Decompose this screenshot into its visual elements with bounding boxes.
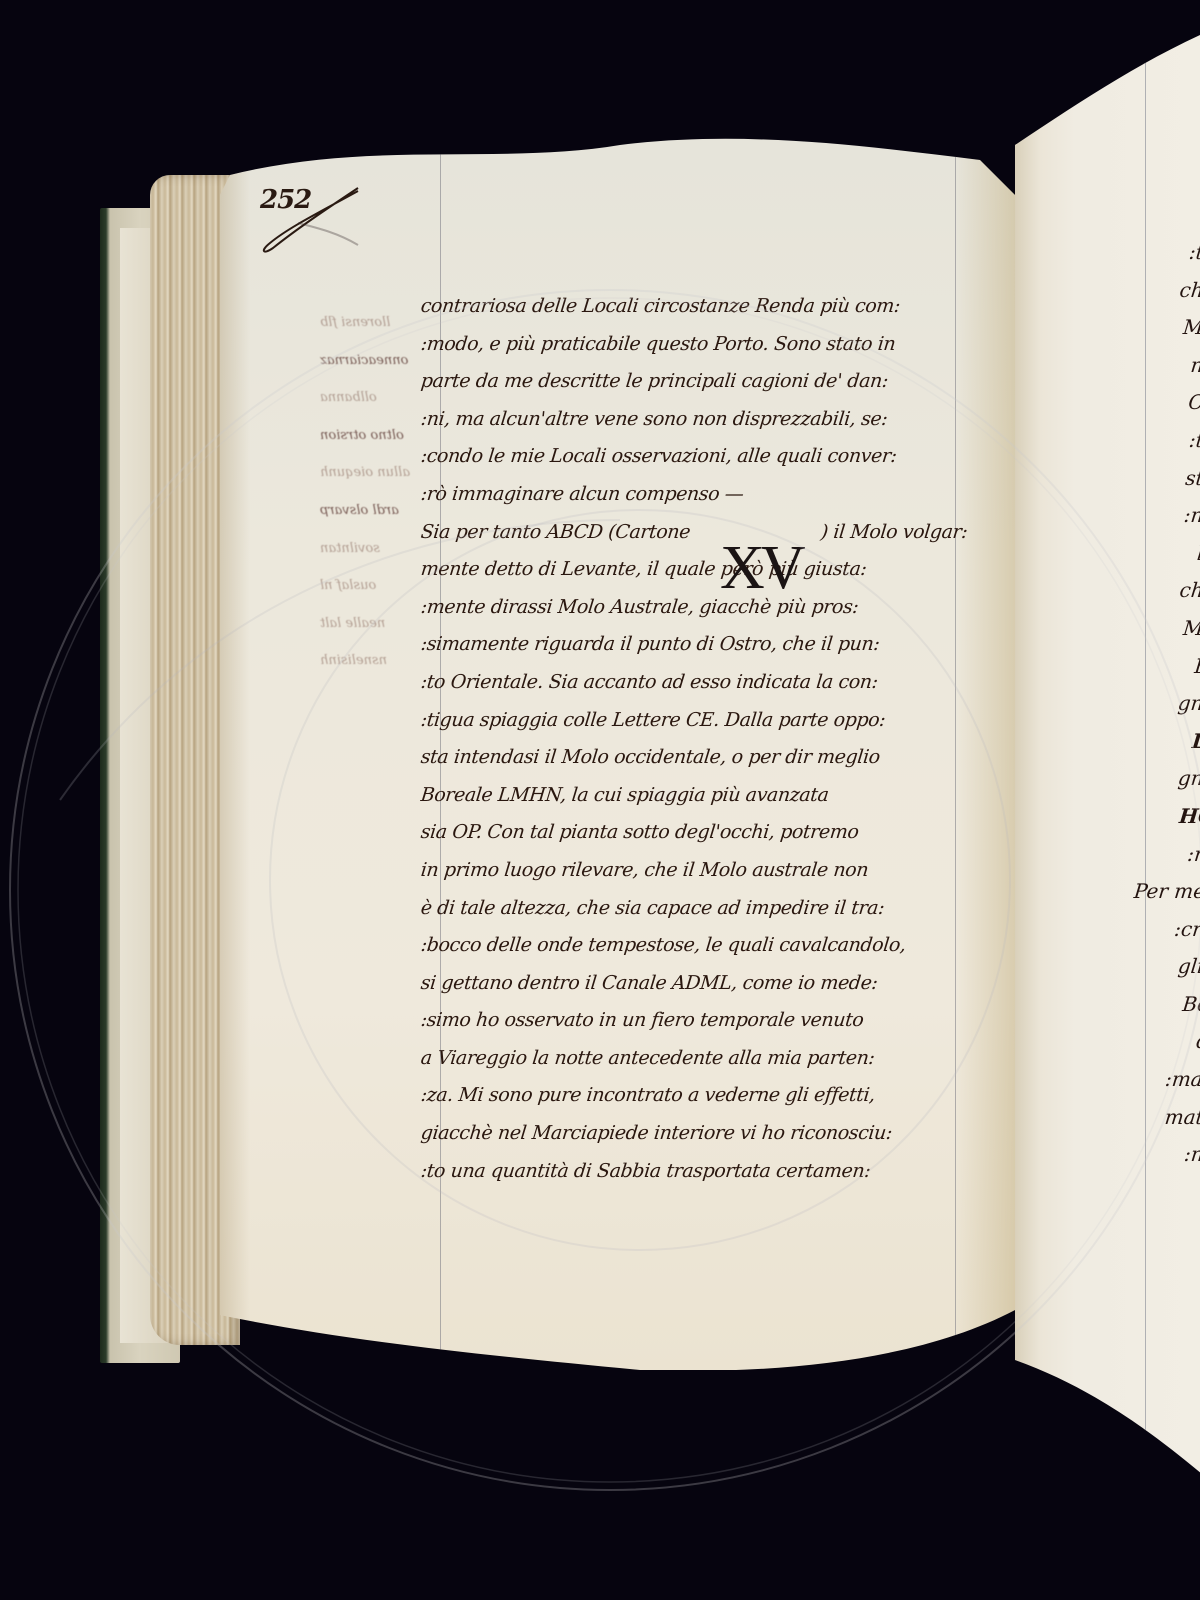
text-fragment: Bi xyxy=(1043,654,1200,692)
text-fragment: :no xyxy=(1043,503,1200,541)
text-fragment: :man xyxy=(1043,1067,1200,1105)
text-line: contrariosa delle Locali circostanze Ren… xyxy=(418,295,982,333)
text-line: :simamente riguarda il punto di Ostro, c… xyxy=(418,633,982,671)
text-fragment: no xyxy=(1043,353,1200,391)
text-fragment: gna xyxy=(1043,766,1200,804)
right-page: :te che Mo no Ca :te sta :no lo che Mo B… xyxy=(1015,25,1200,1485)
text-line: :simo ho osservato in un fiero temporale… xyxy=(418,1009,982,1047)
text-line: a Viareggio la notte antecedente alla mi… xyxy=(418,1047,982,1085)
text-fragment: sta xyxy=(1043,466,1200,504)
text-line: :to Orientale. Sia accanto ad esso indic… xyxy=(418,671,982,709)
text-fragment: :crif xyxy=(1043,917,1200,955)
text-fragment: che xyxy=(1043,578,1200,616)
text-fragment: :te xyxy=(1043,240,1200,278)
text-fragment: che xyxy=(1043,278,1200,316)
text-fragment: :ra xyxy=(1043,842,1200,880)
text-fragment: Mo xyxy=(1043,315,1200,353)
text-line: :condo le mie Locali osservazioni, alle … xyxy=(418,445,982,483)
right-page-text-fragments: :te che Mo no Ca :te sta :no lo che Mo B… xyxy=(1045,240,1200,1180)
text-fragment: Bol xyxy=(1043,992,1200,1030)
text-line-with-numeral: Sia per tanto ABCD (Cartone ) il Molo vo… xyxy=(418,521,982,559)
left-page: 252 llorensi flb onneaciarnaz ollbanna o… xyxy=(220,135,1015,1370)
text-line: :mente dirassi Molo Australe, giacchè pi… xyxy=(418,596,982,634)
text-line: :tigua spiaggia colle Lettere CE. Dalla … xyxy=(418,709,982,747)
text-fragment: mata xyxy=(1043,1105,1200,1143)
text-fragment: Ca xyxy=(1043,390,1200,428)
manuscript-text-block: contrariosa delle Locali circostanze Ren… xyxy=(420,295,980,1197)
text-line: sta intendasi il Molo occidentale, o per… xyxy=(418,746,982,784)
text-line: si gettano dentro il Canale ADML, come i… xyxy=(418,972,982,1010)
text-line: :bocco delle onde tempestose, le quali c… xyxy=(418,934,982,972)
folio-flourish-icon xyxy=(258,183,368,258)
text-line: giacchè nel Marciapiede interiore vi ho … xyxy=(418,1122,982,1160)
text-fragment: lo xyxy=(1043,541,1200,579)
text-fragment: di xyxy=(1043,1029,1200,1067)
text-fragment: :te xyxy=(1043,428,1200,466)
text-line: :to una quantità di Sabbia trasportata c… xyxy=(418,1160,982,1198)
text-line: :ni, ma alcun'altre vene sono non dispre… xyxy=(418,408,982,446)
text-fragment: gno xyxy=(1043,691,1200,729)
text-fragment: Per mez xyxy=(1043,879,1200,917)
text-line: :za. Mi sono pure incontrato a vederne g… xyxy=(418,1084,982,1122)
text-line: Boreale LMHN, la cui spiaggia più avanza… xyxy=(418,784,982,822)
large-roman-numeral: XV xyxy=(720,533,802,604)
text-fragment: HO xyxy=(1043,804,1200,842)
text-fragment: glio xyxy=(1043,954,1200,992)
text-fragment: Mo xyxy=(1043,616,1200,654)
text-line-part: Sia per tanto ABCD (Cartone xyxy=(420,521,692,543)
text-fragment: LI xyxy=(1043,729,1200,767)
text-line: :modo, e più praticabile questo Porto. S… xyxy=(418,333,982,371)
text-line-part: ) il Molo volgar: xyxy=(820,521,969,543)
text-line: è di tale altezza, che sia capace ad imp… xyxy=(418,897,982,935)
text-fragment: :ne xyxy=(1043,1142,1200,1180)
manuscript-scene: 252 llorensi flb onneaciarnaz ollbanna o… xyxy=(0,0,1200,1600)
margin-bleedthrough: llorensi flb onneaciarnaz ollbanna oltno… xyxy=(320,315,430,691)
text-line: parte da me descritte le principali cagi… xyxy=(418,370,982,408)
text-line: in primo luogo rilevare, che il Molo aus… xyxy=(418,859,982,897)
text-line: sia OP. Con tal pianta sotto degl'occhi,… xyxy=(418,821,982,859)
text-line: :rò immaginare alcun compenso — xyxy=(418,483,982,521)
text-line: mente detto di Levante, il quale però pi… xyxy=(418,558,982,596)
